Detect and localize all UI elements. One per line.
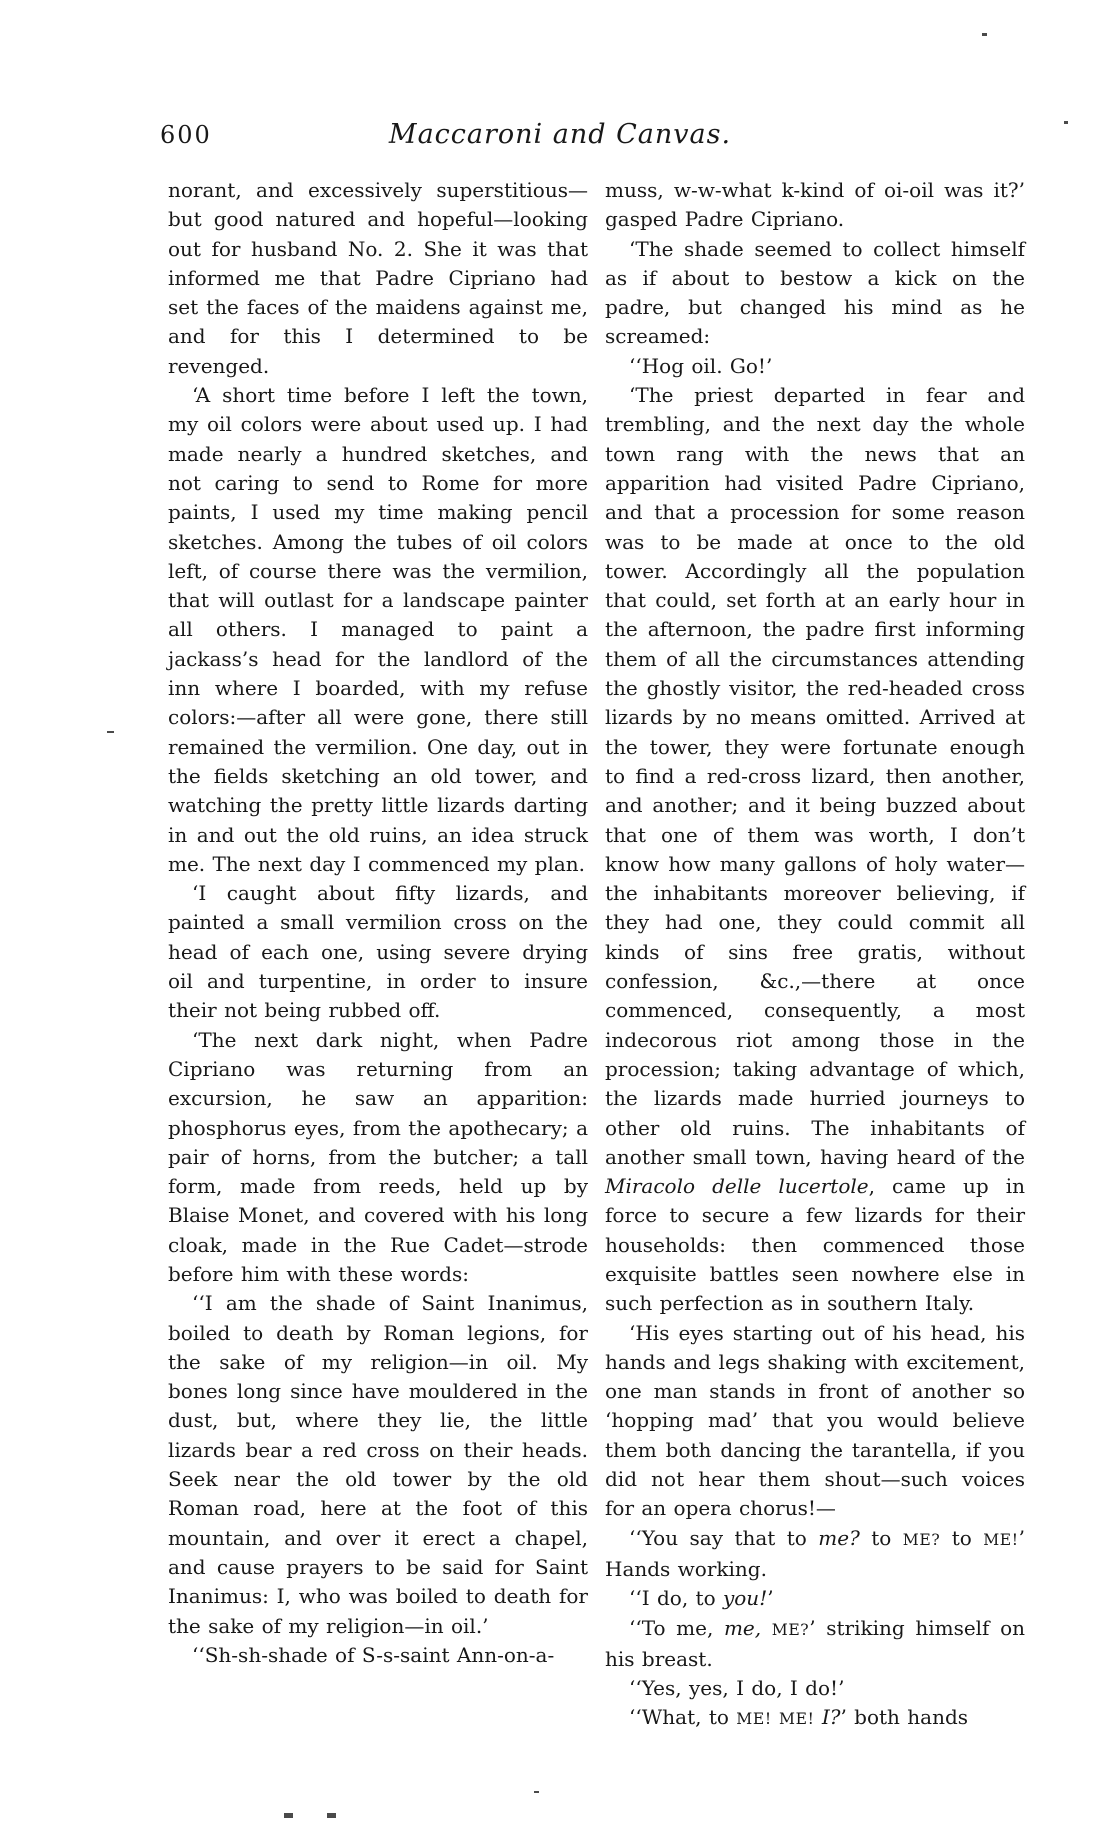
small-caps-text: ME! xyxy=(983,1531,1018,1549)
body-text: ‘I caught about fifty lizards, and paint… xyxy=(168,881,588,1022)
ink-speck xyxy=(284,1813,293,1818)
paragraph: norant, and excessively superstitious—bu… xyxy=(168,176,588,381)
body-text xyxy=(772,1705,779,1729)
body-text: ‘The next dark night, when Padre Ciprian… xyxy=(168,1028,588,1286)
paragraph: ‘‘What, to ME! ME! I?’ both hands xyxy=(605,1703,1025,1734)
body-text: ‘‘I am the shade of Saint Inanimus, boil… xyxy=(168,1291,588,1637)
paragraph: ‘The priest departed in fear and trembli… xyxy=(605,381,1025,1319)
italic-text: me? xyxy=(818,1526,860,1550)
paragraph: muss, w-w-what k-kind of oi-oil was it?’… xyxy=(605,176,1025,235)
body-text: ‘A short time before I left the town, my… xyxy=(168,383,588,876)
small-caps-text: ME! xyxy=(736,1710,771,1728)
italic-text: me, xyxy=(724,1616,761,1640)
body-text: ’ xyxy=(767,1586,773,1610)
body-text: ‘‘You say that to xyxy=(629,1526,818,1550)
body-text: ‘The priest departed in fear and trembli… xyxy=(605,383,1025,1169)
ink-speck xyxy=(107,731,114,733)
paragraph: ‘‘To me, me, ME?’ striking himself on hi… xyxy=(605,1614,1025,1675)
book-page: 600 Maccaroni and Canvas. norant, and ex… xyxy=(0,0,1120,1825)
body-text: ‘‘I do, to xyxy=(629,1586,723,1610)
small-caps-text: ME? xyxy=(772,1621,810,1639)
paragraph: ‘‘Yes, yes, I do, I do!’ xyxy=(605,1674,1025,1703)
paragraph: ‘‘I am the shade of Saint Inanimus, boil… xyxy=(168,1289,588,1641)
body-text: ‘‘To me, xyxy=(629,1616,724,1640)
ink-speck xyxy=(327,1813,336,1818)
ink-speck xyxy=(534,1791,539,1793)
paragraph: ‘A short time before I left the town, my… xyxy=(168,381,588,879)
running-title: Maccaroni and Canvas. xyxy=(60,119,1060,150)
paragraph: ‘‘Hog oil. Go!’ xyxy=(605,352,1025,381)
body-text xyxy=(761,1616,772,1640)
text-column-right: muss, w-w-what k-kind of oi-oil was it?’… xyxy=(605,176,1025,1735)
body-text: norant, and excessively superstitious—bu… xyxy=(168,178,588,378)
small-caps-text: ME? xyxy=(903,1531,941,1549)
paragraph: ‘The next dark night, when Padre Ciprian… xyxy=(168,1026,588,1290)
body-text: ‘‘Yes, yes, I do, I do!’ xyxy=(629,1676,844,1700)
paragraph: ‘‘You say that to me? to ME? to ME!’ Han… xyxy=(605,1524,1025,1585)
body-text: to xyxy=(860,1526,903,1550)
paragraph: ‘The shade seemed to collect himself as … xyxy=(605,235,1025,352)
body-text: ‘‘What, to xyxy=(629,1705,736,1729)
paragraph: ‘His eyes starting out of his head, his … xyxy=(605,1319,1025,1524)
body-text: to xyxy=(940,1526,983,1550)
paragraph: ‘‘I do, to you!’ xyxy=(605,1584,1025,1613)
italic-text: I? xyxy=(822,1705,841,1729)
body-text: ‘The shade seemed to collect himself as … xyxy=(605,237,1025,349)
body-text: ’ both hands xyxy=(840,1705,968,1729)
small-caps-text: ME! xyxy=(779,1710,814,1728)
paragraph: ‘‘Sh-sh-shade of S-s-saint Ann-on-a- xyxy=(168,1641,588,1670)
italic-text: Miracolo delle lucertole xyxy=(605,1174,869,1198)
body-text: ‘His eyes starting out of his head, his … xyxy=(605,1321,1025,1521)
text-column-left: norant, and excessively superstitious—bu… xyxy=(168,176,588,1670)
body-text: ‘‘Hog oil. Go!’ xyxy=(629,354,772,378)
body-text: ‘‘Sh-sh-shade of S-s-saint Ann-on-a- xyxy=(192,1643,554,1667)
body-text: muss, w-w-what k-kind of oi-oil was it?’… xyxy=(605,178,1025,231)
ink-speck xyxy=(1064,121,1068,124)
paragraph: ‘I caught about fifty lizards, and paint… xyxy=(168,879,588,1025)
ink-speck xyxy=(982,33,987,36)
italic-text: you! xyxy=(723,1586,767,1610)
body-text xyxy=(814,1705,821,1729)
